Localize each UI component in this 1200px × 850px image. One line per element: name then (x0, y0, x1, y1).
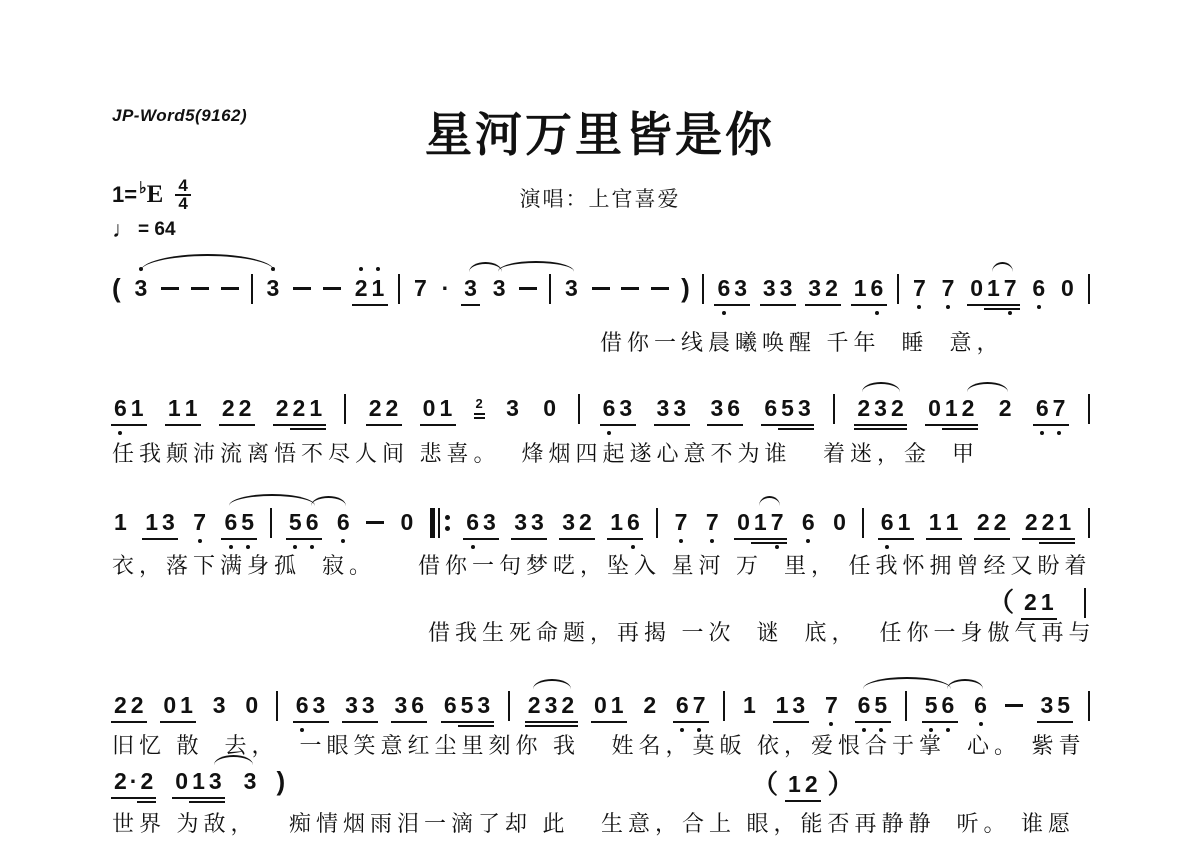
note-cell: 3 (242, 767, 259, 795)
note-cell: 2 (641, 691, 658, 719)
augmentation-dot: · (441, 274, 451, 302)
note-cell: 65 (856, 691, 890, 719)
note-digit: 2 (559, 691, 576, 719)
note-cell: 13 (774, 691, 808, 719)
note-cell: 01 (421, 394, 455, 422)
parenthesis: ( (112, 274, 121, 302)
note-digit: 1 (1056, 508, 1073, 536)
octave-dot-below (1040, 431, 1044, 435)
note-digit: 5 (239, 508, 256, 536)
octave-dot-below (917, 305, 921, 309)
slur-arc (862, 382, 900, 392)
note-digit: 1 (852, 274, 869, 302)
note-cell: ( (112, 274, 121, 302)
note-digit: 3 (360, 691, 377, 719)
barline (549, 274, 551, 304)
parenthesis: （ (988, 588, 1014, 616)
note-cell: 01 (592, 691, 626, 719)
note-digit: 2 (992, 508, 1009, 536)
note-cell (897, 274, 899, 304)
note-cell (833, 394, 835, 424)
note-digit: 2 (367, 394, 384, 422)
note-digit: 6 (800, 508, 817, 536)
note-digit: 2 (220, 394, 237, 422)
note-digit: 3 (491, 274, 508, 302)
note-digit: 3 (475, 691, 492, 719)
note-cell: 01 (161, 691, 195, 719)
repeat-dot (445, 515, 450, 520)
note-digit: 3 (392, 691, 409, 719)
note-digit: 1 (370, 274, 387, 302)
note-cell: 32 (806, 274, 840, 302)
note-digit: 3 (481, 508, 498, 536)
sheet-page: JP-Word5(9162) 星河万里皆是你 演唱：上官喜爱 1= ♭ E 4 … (0, 0, 1200, 850)
beam-underline (290, 428, 326, 430)
note-cell: 22 (367, 394, 401, 422)
note-cell: 3 (462, 274, 479, 302)
slur-arc (469, 262, 502, 272)
note-digit: 1 (190, 767, 207, 795)
beam-underline (654, 424, 690, 426)
note-digit: 2 (1023, 508, 1040, 536)
note-cell: 16 (852, 274, 886, 302)
beam-underline (142, 538, 178, 540)
note-cell: 1 (112, 508, 129, 536)
note-digit: 0 (926, 394, 943, 422)
note-digit: 3 (211, 691, 228, 719)
note-digit: 2 (384, 394, 401, 422)
barline (1088, 394, 1090, 424)
repeat-dot (445, 526, 450, 531)
note-cell (1088, 508, 1090, 538)
barline (897, 274, 899, 304)
note-cell: 7 (823, 691, 840, 719)
note-cell (592, 274, 610, 290)
note-cell: 221 (274, 394, 324, 422)
notes-row: 6111222212201230633336653232012267 (112, 394, 1090, 424)
note-cell: 6 (800, 508, 817, 536)
note-digit: 6 (625, 508, 642, 536)
note-cell (508, 691, 510, 721)
sustain-dash (592, 287, 610, 290)
note-cell: 232 (526, 691, 576, 719)
beam-underline (761, 424, 814, 426)
note-digit: 0 (243, 691, 260, 719)
barline (833, 394, 835, 424)
octave-dot-below (806, 539, 810, 543)
lyric-line: 旧忆 散 去， 一眼笑意红尘里刻你 我 姓名，莫皈 依，爱恨合于掌 心。 紫青 (112, 729, 1086, 760)
augmentation-dot: · (129, 767, 139, 795)
note-cell: 7 (704, 508, 721, 536)
note-cell: 012 (926, 394, 976, 422)
note-cell (276, 691, 278, 721)
beam-underline (751, 542, 787, 544)
note-cell: 7 (940, 274, 957, 302)
note-cell: 11 (166, 394, 200, 422)
barline (508, 691, 510, 721)
notes-row: 1137655660633332167701760611122221 (112, 508, 1090, 538)
note-cell: 7 (673, 508, 690, 536)
barline (578, 394, 580, 424)
note-digit: 1 (307, 394, 324, 422)
note-cell: 56 (923, 691, 957, 719)
note-digit: 3 (806, 274, 823, 302)
note-digit: 6 (601, 394, 618, 422)
note-cell: 22 (975, 508, 1009, 536)
note-cell: 0 (1059, 274, 1076, 302)
note-digit: 6 (294, 691, 311, 719)
beam-underline (942, 428, 978, 430)
notes-row: 2·20133) (112, 767, 285, 795)
note-digit: 2 (889, 394, 906, 422)
note-cell: 221 (1023, 508, 1073, 536)
octave-dot-below (118, 431, 122, 435)
octave-dot-below (341, 539, 345, 543)
octave-dot-below (679, 539, 683, 543)
slur-arc (992, 262, 1013, 272)
note-cell: 7 (911, 274, 928, 302)
note-digit: 1 (985, 274, 1002, 302)
barline (344, 394, 346, 424)
note-digit: 6 (940, 691, 957, 719)
notes-row: 2201306333366532320126711376556635 (112, 691, 1090, 721)
note-cell: 0 (831, 508, 848, 536)
barline (276, 691, 278, 721)
note-digit: 6 (464, 508, 481, 536)
note-digit: 1 (752, 508, 769, 536)
note-digit: 2 (975, 508, 992, 536)
note-cell: 35 (1038, 691, 1072, 719)
note-digit: 0 (1059, 274, 1076, 302)
note-cell: 63 (464, 508, 498, 536)
repeat-dots (445, 515, 450, 531)
note-digit: 5 (779, 394, 796, 422)
note-digit: 1 (774, 691, 791, 719)
note-cell (191, 274, 209, 290)
note-digit: 7 (940, 274, 957, 302)
note-cell: 61 (879, 508, 913, 536)
note-digit: 3 (264, 274, 281, 302)
note-cell: 33 (761, 274, 795, 302)
beam-underline (342, 721, 378, 723)
barline (251, 274, 253, 304)
note-cell: 21 (1022, 588, 1056, 616)
note-cell: 2 (997, 394, 1014, 422)
note-cell (519, 274, 537, 290)
note-cell (549, 274, 551, 304)
note-digit: 5 (287, 508, 304, 536)
note-digit: 2 (138, 767, 155, 795)
slur-arc (967, 382, 1008, 392)
note-cell: 12 (786, 770, 820, 798)
beam-underline (219, 424, 255, 426)
beam-underline (591, 721, 627, 723)
beam-underline (854, 428, 907, 430)
note-cell: 32 (560, 508, 594, 536)
note-digit: 7 (1051, 394, 1068, 422)
note-cell (1005, 691, 1023, 707)
note-digit: 7 (191, 508, 208, 536)
note-digit: 2 (960, 394, 977, 422)
note-cell: 2 (475, 396, 484, 411)
note-cell: 63 (294, 691, 328, 719)
octave-dot-below (946, 305, 950, 309)
note-digit: 2 (1040, 508, 1057, 536)
sustain-dash (519, 287, 537, 290)
note-cell: 013 (173, 767, 223, 795)
note-cell: 6 (972, 691, 989, 719)
note-cell: （ (752, 770, 778, 798)
parenthesis: ) (681, 274, 690, 302)
beam-underline (600, 424, 636, 426)
beam-underline (925, 424, 978, 426)
beam-underline (458, 725, 494, 727)
note-digit: 1 (1039, 588, 1056, 616)
note-digit: 7 (1002, 274, 1019, 302)
note-digit: 2 (526, 691, 543, 719)
note-digit: 3 (160, 508, 177, 536)
lyric-line: 衣，落下满身孤 寂。 借你一句梦呓，坠入 星河 万 里， 任我怀拥曾经又盼着 (112, 549, 1092, 580)
note-digit: 2 (112, 767, 129, 795)
beam-underline (760, 304, 796, 306)
barline (905, 691, 907, 721)
note-cell: 11 (927, 508, 961, 536)
octave-dot-below (875, 311, 879, 315)
slur-arc (533, 679, 571, 689)
barline (723, 691, 725, 721)
beam-underline (366, 424, 402, 426)
note-digit: 6 (879, 508, 896, 536)
note-digit: 6 (335, 508, 352, 536)
slur-arc (229, 494, 315, 506)
beam-underline (273, 424, 326, 426)
octave-dot-below (1037, 305, 1041, 309)
slur-arc (947, 679, 983, 689)
lyric-line: 借我生死命题，再揭 一次 谜 底， 任你一身傲气再与 (428, 616, 1096, 647)
note-digit: 3 (504, 394, 521, 422)
note-cell (862, 508, 864, 538)
note-digit: 0 (421, 394, 438, 422)
note-digit: 2 (274, 394, 291, 422)
note-cell: 1 (741, 691, 758, 719)
beam-underline (967, 304, 1020, 306)
note-digit: 2 (129, 691, 146, 719)
note-cell (344, 394, 346, 424)
beam-underline (773, 721, 809, 723)
octave-dot-below (198, 539, 202, 543)
note-cell: 61 (112, 394, 146, 422)
note-cell: 36 (392, 691, 426, 719)
beam-underline (785, 800, 821, 802)
note-digit: 6 (112, 394, 129, 422)
repeat-bar-thin (438, 508, 440, 538)
note-digit: 2 (855, 394, 872, 422)
note-digit: 7 (769, 508, 786, 536)
note-digit: 6 (869, 274, 886, 302)
note-digit: 3 (708, 394, 725, 422)
note-cell (1088, 274, 1090, 304)
note-cell: 0 (399, 508, 416, 536)
barline (702, 274, 704, 304)
note-digit: 6 (1034, 394, 1051, 422)
beam-underline (111, 424, 147, 426)
note-digit: 2 (1022, 588, 1039, 616)
note-cell: 6 (1030, 274, 1047, 302)
beam-underline (137, 801, 156, 803)
sustain-dash (323, 287, 341, 290)
note-cell (251, 274, 253, 304)
note-digit: 6 (725, 394, 742, 422)
note-digit: 2 (823, 274, 840, 302)
note-digit: 6 (1030, 274, 1047, 302)
note-digit: 6 (222, 508, 239, 536)
beam-underline (778, 428, 814, 430)
note-digit: 1 (944, 508, 961, 536)
note-cell: 0 (541, 394, 558, 422)
note-cell: 3 (491, 274, 508, 302)
beam-underline (172, 797, 225, 799)
note-cell: 33 (343, 691, 377, 719)
barline (398, 274, 400, 304)
parenthesis: （ (752, 770, 778, 798)
note-digit: 1 (112, 508, 129, 536)
beam-underline (221, 538, 257, 540)
beam-underline (1037, 721, 1073, 723)
note-digit: 7 (823, 691, 840, 719)
note-cell (702, 274, 704, 304)
note-digit: 3 (512, 508, 529, 536)
octave-dot-below (829, 722, 833, 726)
sustain-dash (621, 287, 639, 290)
note-cell: 6 (335, 508, 352, 536)
octave-dot-above (359, 267, 363, 271)
pickup-notes: （21 (988, 588, 1056, 616)
sustain-dash (1005, 704, 1023, 707)
barline (1088, 508, 1090, 538)
note-digit: 0 (735, 508, 752, 536)
note-digit: 1 (943, 394, 960, 422)
note-cell: 017 (968, 274, 1018, 302)
octave-dot-below (710, 539, 714, 543)
note-cell (905, 691, 907, 721)
sustain-dash (293, 287, 311, 290)
note-digit: 3 (462, 274, 479, 302)
beam-underline (474, 417, 485, 419)
slur-arc (140, 254, 275, 272)
beam-underline (1022, 538, 1075, 540)
beam-underline (673, 721, 709, 723)
beam-underline (974, 538, 1010, 540)
note-digit: 3 (1038, 691, 1055, 719)
note-cell (161, 274, 179, 290)
note-digit: 1 (927, 508, 944, 536)
octave-dot-below (1008, 311, 1012, 315)
note-digit: 3 (655, 394, 672, 422)
note-digit: 1 (129, 394, 146, 422)
note-cell: 3 (563, 274, 580, 302)
note-digit: 5 (459, 691, 476, 719)
beam-underline (855, 721, 891, 723)
sustain-dash (651, 287, 669, 290)
note-digit: 1 (143, 508, 160, 536)
beam-underline (293, 721, 329, 723)
score-area: (33217·333)633332167701760借你一线晨曦唤醒 千年 睡 … (0, 0, 1200, 850)
octave-dot-above (376, 267, 380, 271)
note-digit: 3 (872, 394, 889, 422)
note-digit: 1 (786, 770, 803, 798)
beam-underline (926, 538, 962, 540)
note-cell (723, 691, 725, 721)
beam-underline (714, 304, 750, 306)
note-digit: 3 (617, 394, 634, 422)
note-digit: 7 (911, 274, 928, 302)
note-digit: 3 (529, 508, 546, 536)
slur-arc (311, 496, 346, 506)
beam-underline (734, 538, 787, 540)
note-cell: 36 (708, 394, 742, 422)
note-cell (221, 274, 239, 290)
beam-underline (922, 721, 958, 723)
note-cell (621, 274, 639, 290)
parenthesis: ) (276, 767, 285, 795)
barline (270, 508, 272, 538)
note-cell: 56 (287, 508, 321, 536)
note-cell (578, 394, 580, 424)
note-cell: ) (276, 767, 285, 795)
beam-underline (851, 304, 887, 306)
note-cell: 7 (412, 274, 429, 302)
note-digit: 3 (133, 274, 150, 302)
beam-underline (1033, 424, 1069, 426)
beam-underline (805, 304, 841, 306)
beam-underline (111, 721, 147, 723)
note-cell (398, 274, 400, 304)
slur-arc (498, 261, 574, 272)
note-cell (270, 508, 272, 538)
note-digit: 5 (872, 691, 889, 719)
lyric-line: 世界 为敌， 痴情烟雨泪一滴了却 此 生意，合上 眼，能否再静静 听。 谁愿 (112, 807, 1075, 838)
parenthesis: ） (828, 770, 854, 798)
note-cell: 653 (762, 394, 812, 422)
note-digit: 0 (399, 508, 416, 536)
sustain-dash (221, 287, 239, 290)
note-digit: 2 (641, 691, 658, 719)
note-digit: 1 (741, 691, 758, 719)
pickup-notes: （12） (752, 770, 854, 798)
note-digit: 7 (673, 508, 690, 536)
sustain-dash (191, 287, 209, 290)
note-digit: 6 (715, 274, 732, 302)
note-cell (1088, 691, 1090, 721)
note-digit: 3 (543, 691, 560, 719)
note-digit: 6 (674, 691, 691, 719)
note-digit: 1 (896, 508, 913, 536)
note-cell: 13 (143, 508, 177, 536)
note-cell: 63 (715, 274, 749, 302)
note-digit: 0 (541, 394, 558, 422)
octave-dot-below (1057, 431, 1061, 435)
note-cell (366, 508, 384, 524)
note-digit: 2 (475, 396, 484, 411)
note-digit: 3 (343, 691, 360, 719)
note-cell: 653 (442, 691, 492, 719)
barline (1084, 588, 1086, 618)
barline (1088, 274, 1090, 304)
note-digit: 7 (412, 274, 429, 302)
note-digit: 2 (237, 394, 254, 422)
note-cell: 3 (264, 274, 281, 302)
note-cell: 0 (243, 691, 260, 719)
